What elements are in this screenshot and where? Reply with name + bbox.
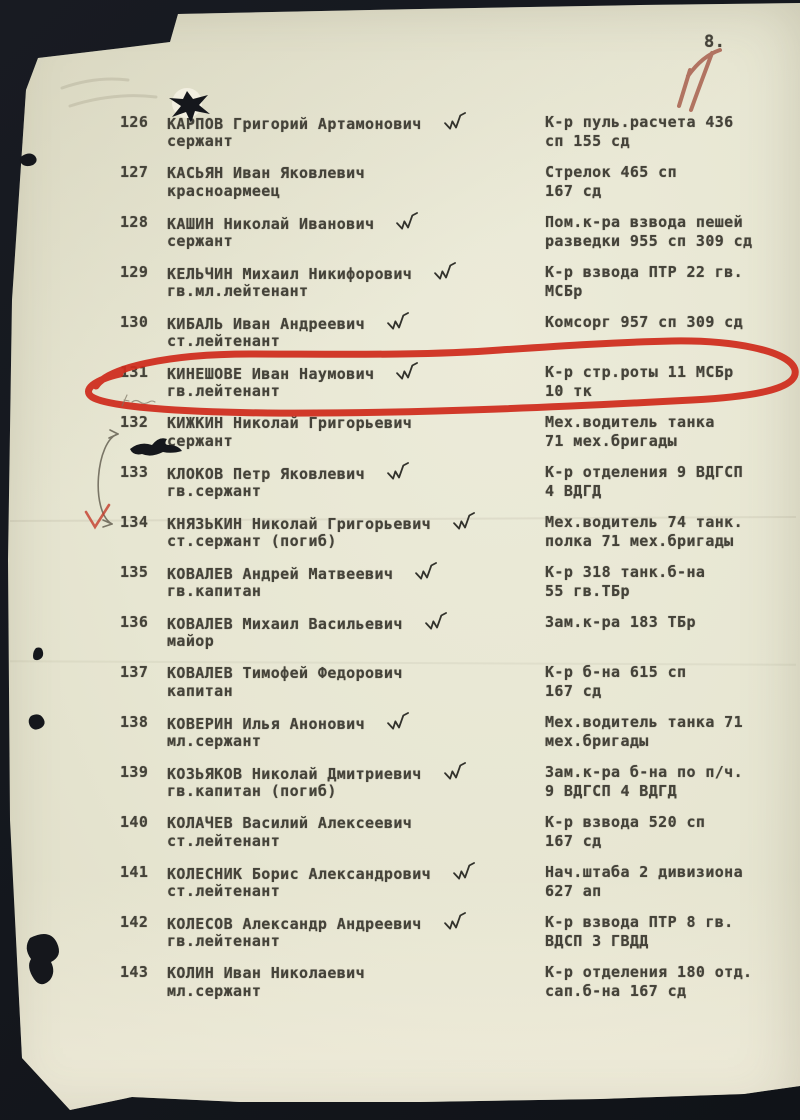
- checkmark-icon: [386, 712, 412, 733]
- list-item: 138 КОВЕРИН Илья Анонович мл.сержант Мех…: [0, 713, 800, 763]
- list-item: 131 КИНЕШОВЕ Иван Наумович гв.лейтенант …: [0, 363, 800, 413]
- entry-rank: красноармеец: [167, 182, 280, 200]
- list-item: 141 КОЛЕСНИК Борис Александрович ст.лейт…: [0, 863, 800, 913]
- entry-name: КОЛЕСНИК Борис Александрович: [167, 865, 431, 883]
- entry-name: КНЯЗЬКИН Николай Григорьевич: [167, 515, 431, 533]
- entry-duty: К-р отделения 180 отд. сап.б-на 167 сд: [545, 963, 793, 1001]
- entry-name: КОЛЕСОВ Александр Андреевич: [167, 915, 422, 933]
- entry-number: 142: [120, 913, 148, 931]
- entry-rank: ст.лейтенант: [167, 832, 280, 850]
- list-item: 129 КЕЛЬЧИН Михаил Никифорович гв.мл.лей…: [0, 263, 800, 313]
- entry-name: КИНЕШОВЕ Иван Наумович: [167, 365, 374, 383]
- entry-duty: К-р 318 танк.б-на 55 гв.ТБр: [545, 563, 793, 601]
- entry-name: КОВЕРИН Илья Анонович: [167, 715, 365, 733]
- entry-rank: гв.лейтенант: [167, 932, 280, 950]
- entry-duty: К-р стр.роты 11 МСБр 10 тк: [545, 363, 793, 401]
- entry-rank: сержант: [167, 432, 233, 450]
- entry-number: 128: [120, 213, 148, 231]
- checkmark-icon: [452, 512, 478, 533]
- entry-number: 137: [120, 663, 148, 681]
- entry-rank: ст.лейтенант: [167, 882, 280, 900]
- entry-number: 143: [120, 963, 148, 981]
- entry-name: КОВАЛЕВ Андрей Матвеевич: [167, 565, 393, 583]
- checkmark-icon: [396, 212, 422, 233]
- checkmark-icon: [443, 112, 469, 133]
- entry-duty: К-р взвода ПТР 22 гв. МСБр: [545, 263, 793, 301]
- entry-duty: Мех.водитель 74 танк. полка 71 мех.брига…: [545, 513, 793, 551]
- list-item: 126 КАРПОВ Григорий Артамонович сержант …: [0, 113, 800, 163]
- list-item: 132 КИЖКИН Николай Григорьевич сержант М…: [0, 413, 800, 463]
- entry-duty: Нач.штаба 2 дивизиона 627 ап: [545, 863, 793, 901]
- checkmark-icon: [443, 912, 469, 933]
- entry-number: 130: [120, 313, 148, 331]
- entry-duty: Мех.водитель танка 71 мех.бригады: [545, 413, 793, 451]
- entry-rank: гв.лейтенант: [167, 382, 280, 400]
- list-item: 133 КЛОКОВ Петр Яковлевич гв.сержант К-р…: [0, 463, 800, 513]
- entry-name: КОВАЛЕВ Михаил Васильевич: [167, 615, 403, 633]
- entry-rank: мл.сержант: [167, 732, 261, 750]
- entry-duty: Зам.к-ра 183 ТБр: [545, 613, 793, 632]
- entry-name: КИЖКИН Николай Григорьевич: [167, 414, 412, 432]
- list-item: 139 КОЗЬЯКОВ Николай Дмитриевич гв.капит…: [0, 763, 800, 813]
- entry-number: 132: [120, 413, 148, 431]
- checkmark-icon: [433, 262, 459, 283]
- checkmark-icon: [452, 862, 478, 883]
- entry-rank: гв.капитан (погиб): [167, 782, 337, 800]
- entry-name: КАСЬЯН Иван Яковлевич: [167, 164, 365, 182]
- entry-name: КАРПОВ Григорий Артамонович: [167, 115, 422, 133]
- list-item: 130 КИБАЛЬ Иван Андреевич ст.лейтенант К…: [0, 313, 800, 363]
- entry-name: КЛОКОВ Петр Яковлевич: [167, 465, 365, 483]
- entry-rank: сержант: [167, 132, 233, 150]
- entry-duty: Стрелок 465 сп 167 сд: [545, 163, 793, 201]
- entry-name: КИБАЛЬ Иван Андреевич: [167, 315, 365, 333]
- document-scan: 8. 126 КАРПОВ Григорий Артамонович сержа…: [0, 0, 800, 1120]
- checkmark-icon: [396, 362, 422, 383]
- list-item: 142 КОЛЕСОВ Александр Андреевич гв.лейте…: [0, 913, 800, 963]
- entry-number: 134: [120, 513, 148, 531]
- entry-name: КОВАЛЕВ Тимофей Федорович: [167, 664, 403, 682]
- entry-name: КОЗЬЯКОВ Николай Дмитриевич: [167, 765, 422, 783]
- entry-duty: Зам.к-ра б-на по п/ч. 9 ВДГСП 4 ВДГД: [545, 763, 793, 801]
- entry-rank: ст.сержант (погиб): [167, 532, 337, 550]
- list-item: 143 КОЛИН Иван Николаевич мл.сержант К-р…: [0, 963, 800, 1013]
- page-number: 8.: [704, 32, 725, 52]
- entry-number: 131: [120, 363, 148, 381]
- checkmark-icon: [414, 562, 440, 583]
- entry-number: 126: [120, 113, 148, 131]
- entry-number: 138: [120, 713, 148, 731]
- entry-number: 141: [120, 863, 148, 881]
- list-item: 127 КАСЬЯН Иван Яковлевич красноармеец С…: [0, 163, 800, 213]
- entry-rank: майор: [167, 632, 214, 650]
- entry-rank: капитан: [167, 682, 233, 700]
- entry-rank: ст.лейтенант: [167, 332, 280, 350]
- list-item: 135 КОВАЛЕВ Андрей Матвеевич гв.капитан …: [0, 563, 800, 613]
- entry-number: 133: [120, 463, 148, 481]
- entry-number: 127: [120, 163, 148, 181]
- entry-duty: Комсорг 957 сп 309 сд: [545, 313, 793, 332]
- entry-name: КАШИН Николай Иванович: [167, 215, 374, 233]
- entry-duty: Мех.водитель танка 71 мех.бригады: [545, 713, 793, 751]
- entry-duty: Пом.к-ра взвода пешей разведки 955 сп 30…: [545, 213, 793, 251]
- checkmark-icon: [443, 762, 469, 783]
- entry-duty: К-р взвода 520 сп 167 сд: [545, 813, 793, 851]
- entry-duty: К-р пуль.расчета 436 сп 155 сд: [545, 113, 793, 151]
- entry-name: КОЛАЧЕВ Василий Алексеевич: [167, 814, 412, 832]
- list-item: 134 КНЯЗЬКИН Николай Григорьевич ст.серж…: [0, 513, 800, 563]
- checkmark-icon: [424, 612, 450, 633]
- entry-number: 139: [120, 763, 148, 781]
- entry-number: 129: [120, 263, 148, 281]
- entry-number: 136: [120, 613, 148, 631]
- entry-number: 140: [120, 813, 148, 831]
- entry-duty: К-р б-на 615 сп 167 сд: [545, 663, 793, 701]
- list-item: 140 КОЛАЧЕВ Василий Алексеевич ст.лейтен…: [0, 813, 800, 863]
- entry-rank: гв.капитан: [167, 582, 261, 600]
- list-item: 128 КАШИН Николай Иванович сержант Пом.к…: [0, 213, 800, 263]
- entry-rank: сержант: [167, 232, 233, 250]
- entry-name: КОЛИН Иван Николаевич: [167, 964, 365, 982]
- entry-name: КЕЛЬЧИН Михаил Никифорович: [167, 265, 412, 283]
- entry-rank: гв.сержант: [167, 482, 261, 500]
- checkmark-icon: [386, 312, 412, 333]
- entry-duty: К-р взвода ПТР 8 гв. ВДСП 3 ГВДД: [545, 913, 793, 951]
- checkmark-icon: [386, 462, 412, 483]
- list-item: 136 КОВАЛЕВ Михаил Васильевич майор Зам.…: [0, 613, 800, 663]
- entry-rank: гв.мл.лейтенант: [167, 282, 308, 300]
- entry-rank: мл.сержант: [167, 982, 261, 1000]
- list-item: 137 КОВАЛЕВ Тимофей Федорович капитан К-…: [0, 663, 800, 713]
- entry-number: 135: [120, 563, 148, 581]
- entry-duty: К-р отделения 9 ВДГСП 4 ВДГД: [545, 463, 793, 501]
